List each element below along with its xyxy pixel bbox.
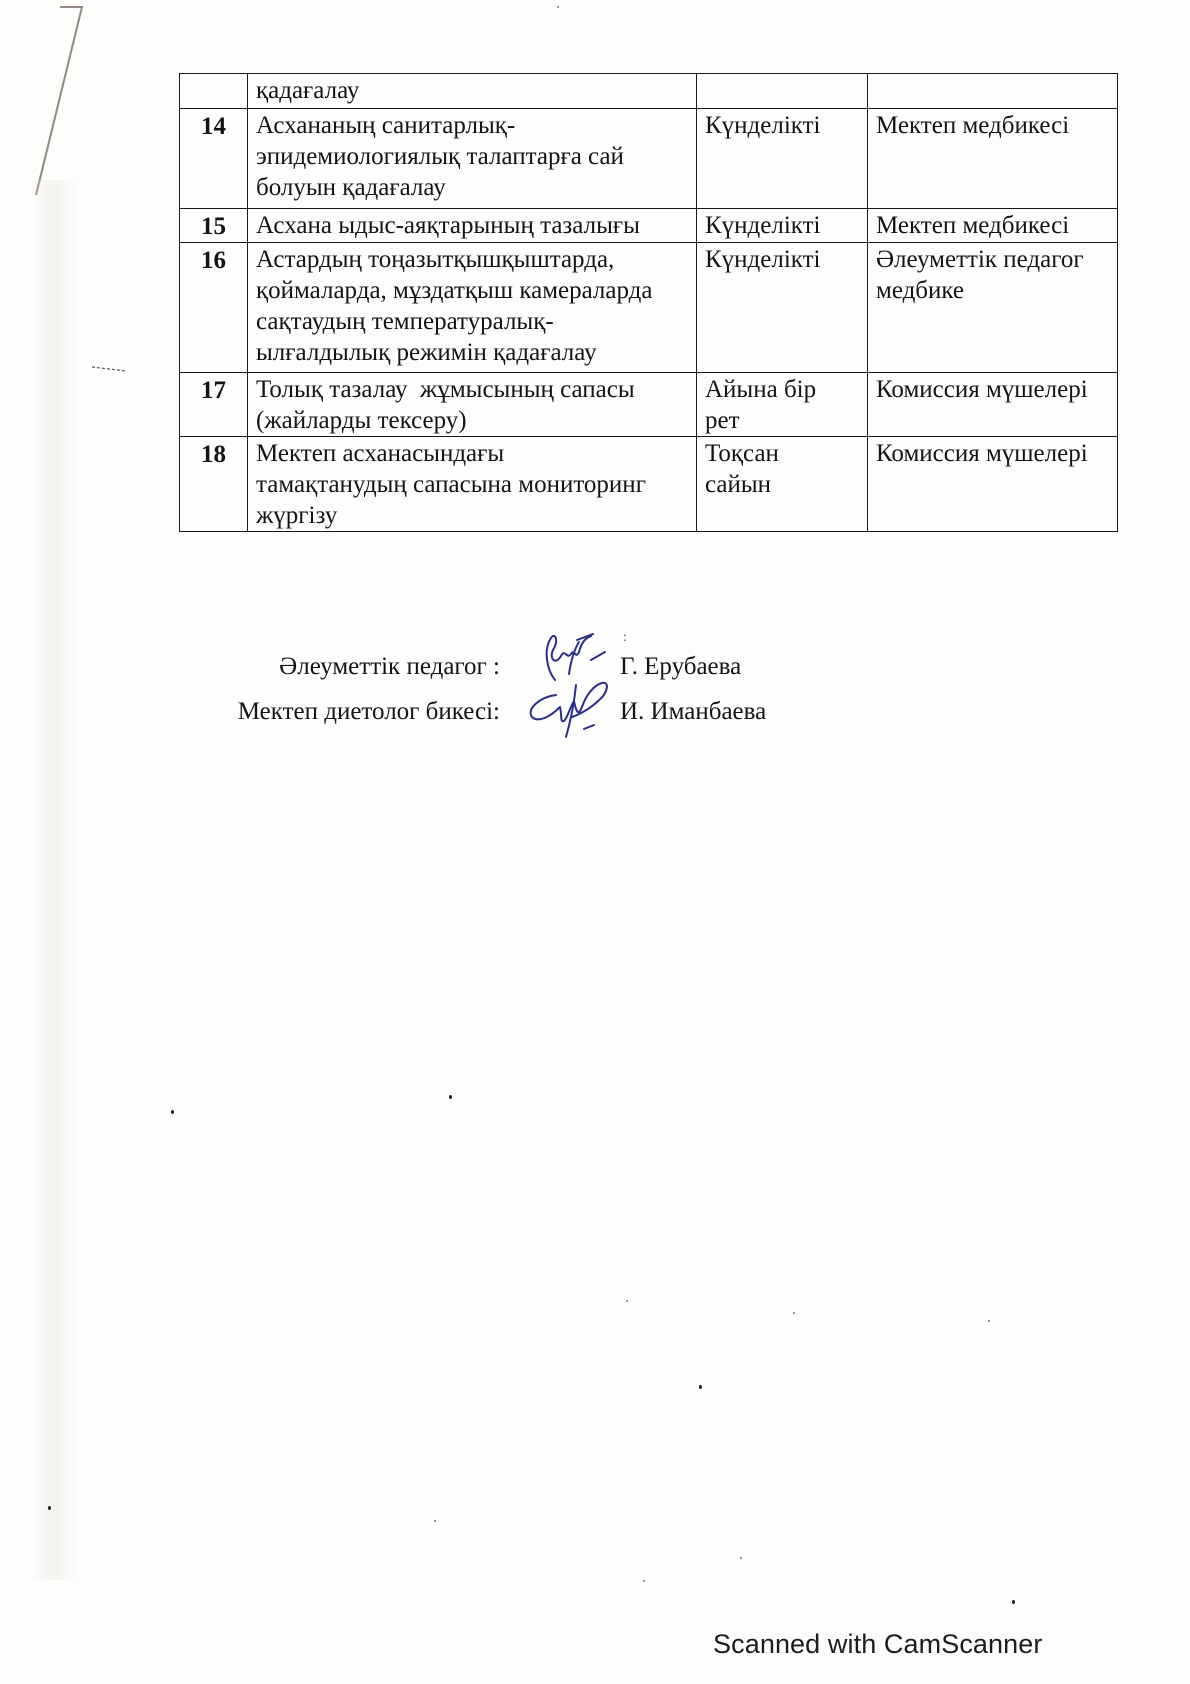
frequency-cell: Тоқсан сайын [697,437,868,532]
camscanner-watermark: Scanned with CamScanner [713,1628,1042,1660]
responsible-cell: Мектеп медбикесі [868,109,1118,209]
scan-dash-mark [90,365,130,373]
frequency-text: сайын [705,469,861,500]
table-row: 16 Астардың тоңазытқышқыштарда, қоймалар… [180,243,1118,373]
task-text: Мектеп асханасындағы [256,438,690,469]
task-cell: Мектеп асханасындағы тамақтанудың сапасы… [248,437,697,532]
task-text: жүргізу [256,500,690,531]
task-text: ылғалдылық режимін қадағалау [256,337,690,368]
responsible-cell: Мектеп медбикесі [868,209,1118,243]
scan-speck [557,6,559,8]
responsible-text: Комиссия мүшелері [876,438,1111,469]
task-text: тамақтанудың сапасына мониторинг [256,469,690,500]
task-text: эпидемиологиялық талаптарға сай [256,141,690,172]
task-cell: Асхананың санитарлық- эпидемиологиялық т… [248,109,697,209]
frequency-text: Айына бір [705,374,861,405]
table-row: 15 Асхана ыдыс-аяқтарының тазалығы Күнде… [180,209,1118,243]
frequency-cell: Күнделікті [697,109,868,209]
scan-speck [1012,1600,1015,1604]
responsible-text: медбике [876,275,1111,306]
responsible-text: Мектеп медбикесі [876,210,1111,241]
row-number-cell [180,74,248,109]
handwritten-signature-icon [520,671,620,741]
task-text: сақтаудың температуралық- [256,306,690,337]
frequency-text: Күнделікті [705,110,861,141]
scan-speck [171,1110,174,1114]
row-number-cell: 18 [180,437,248,532]
responsible-cell [868,74,1118,109]
scan-speck [643,1580,645,1582]
responsible-cell: Комиссия мүшелері [868,437,1118,532]
table-row-continuation: қадағалау [180,74,1118,109]
task-cell: Толық тазалау жұмысының сапасы (жайларды… [248,373,697,437]
scan-speck [48,1506,51,1510]
scan-speck [793,1312,795,1314]
frequency-text: Күнделікті [705,244,861,275]
responsible-text: Мектеп медбикесі [876,110,1111,141]
task-text: қадағалау [256,75,690,106]
frequency-cell: Күнделікті [697,243,868,373]
scan-speck [626,1300,628,1302]
frequency-text: Тоқсан [705,438,861,469]
signer-name: И. Иманбаева [620,697,766,727]
scan-speck [699,1385,702,1389]
task-cell: Астардың тоңазытқышқыштарда, қоймаларда,… [248,243,697,373]
scan-speck [434,1520,436,1522]
scan-speck [740,1557,742,1559]
responsible-cell: Әлеуметтік педагог медбике [868,243,1118,373]
table-row: 17 Толық тазалау жұмысының сапасы (жайла… [180,373,1118,437]
responsible-text: Комиссия мүшелері [876,374,1111,405]
signature-role: Әлеуметтік педагог : [279,652,500,682]
task-text: Асхананың санитарлық- [256,110,690,141]
row-number-cell: 15 [180,209,248,243]
frequency-cell: Күнделікті [697,209,868,243]
task-text: Астардың тоңазытқышқыштарда, [256,244,690,275]
signature-role: Мектеп диетолог бикесі: [238,697,500,727]
frequency-text: Күнделікті [705,210,861,241]
row-number-cell: 14 [180,109,248,209]
table-row: 18 Мектеп асханасындағы тамақтанудың сап… [180,437,1118,532]
frequency-text: рет [705,405,861,436]
task-text: қоймаларда, мұздатқыш камераларда [256,275,690,306]
task-cell: қадағалау [248,74,697,109]
task-text: болуын қадағалау [256,172,690,203]
colon-mark: : [623,630,627,646]
scan-speck [449,1095,452,1099]
monitoring-plan-table: қадағалау 14 Асхананың санитарлық- эпиде… [179,73,1118,532]
task-text: (жайларды тексеру) [256,405,690,436]
frequency-cell [697,74,868,109]
signature-row-dietologist: Мектеп диетолог бикесі: И. Иманбаева [0,697,1190,731]
row-number-cell: 17 [180,373,248,437]
task-text: Асхана ыдыс-аяқтарының тазалығы [256,210,690,241]
signer-name: Г. Ерубаева [620,652,741,682]
responsible-cell: Комиссия мүшелері [868,373,1118,437]
task-cell: Асхана ыдыс-аяқтарының тазалығы [248,209,697,243]
task-text: Толық тазалау жұмысының сапасы [256,374,690,405]
signature-row-social-pedagogue: Әлеуметтік педагог : Г. Ерубаева [0,652,1190,686]
handwritten-signature-icon [525,630,615,688]
responsible-text: Әлеуметтік педагог [876,244,1111,275]
row-number-cell: 16 [180,243,248,373]
table-row: 14 Асхананың санитарлық- эпидемиологиялы… [180,109,1118,209]
scan-speck [988,1320,990,1322]
scan-shadow [30,180,80,1580]
frequency-cell: Айына бір рет [697,373,868,437]
